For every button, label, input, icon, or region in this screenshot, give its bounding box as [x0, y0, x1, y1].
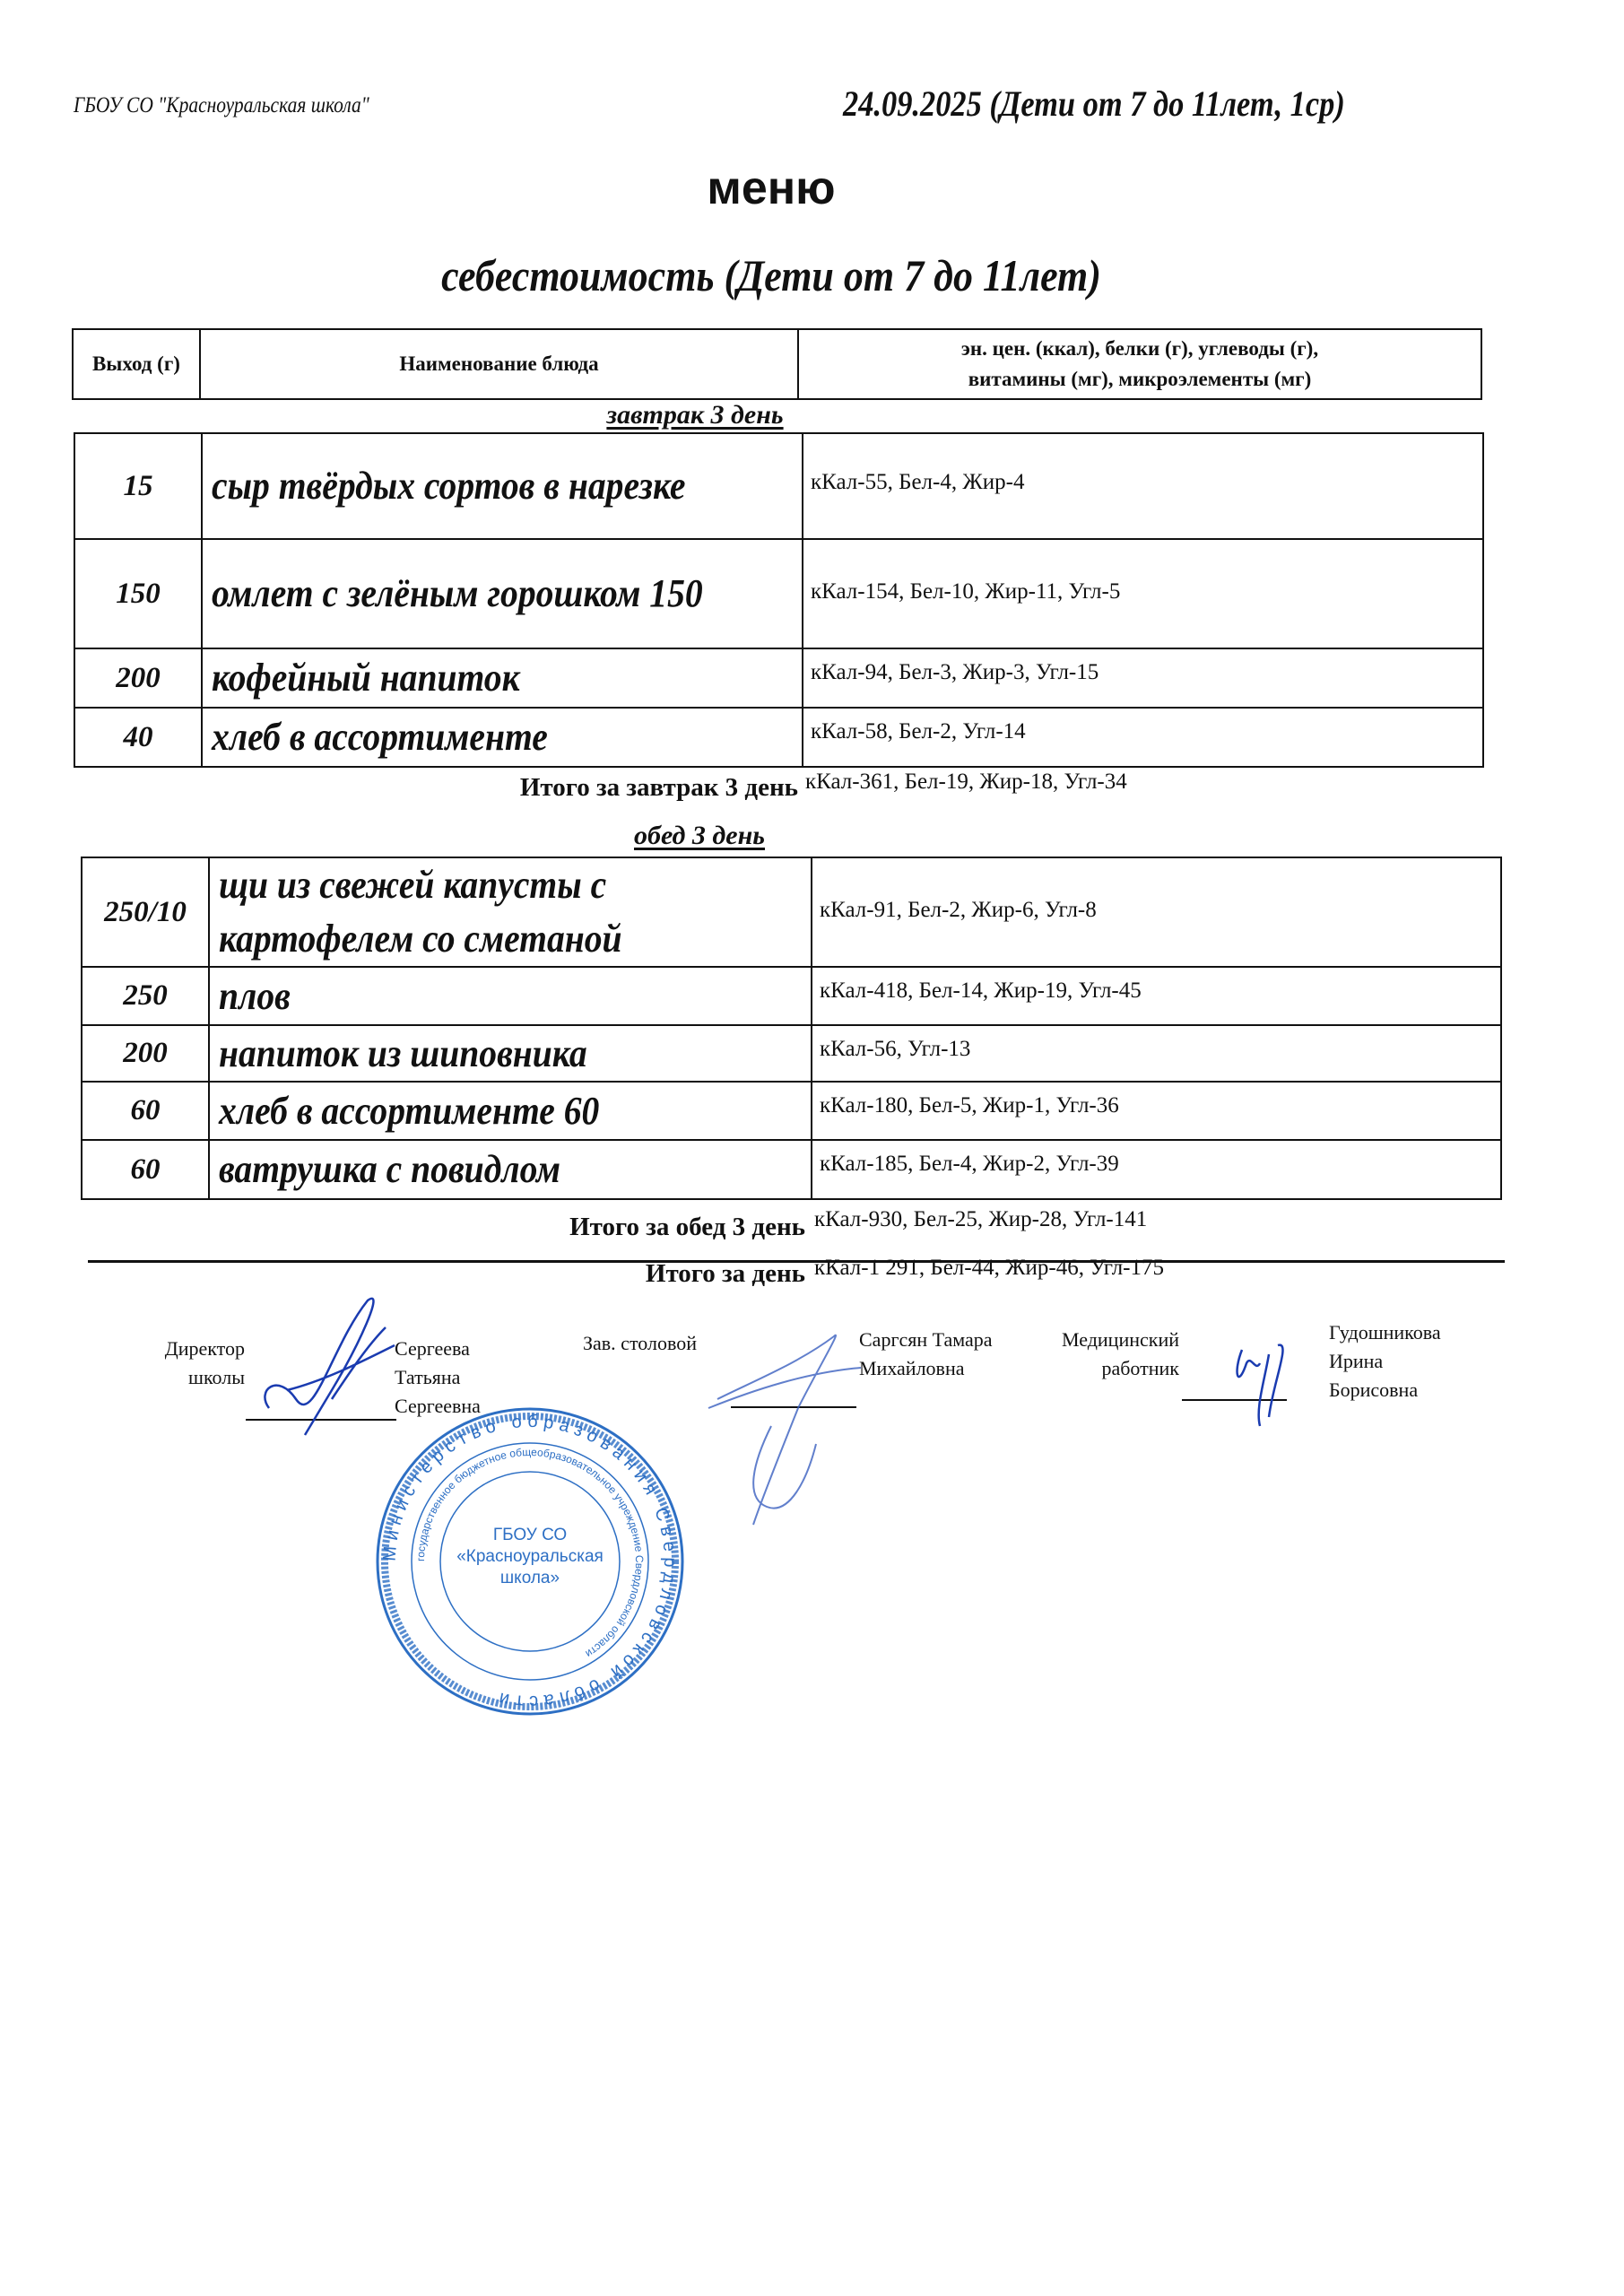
medic-name-line-1: Гудошникова [1329, 1318, 1441, 1347]
qty-cell: 60 [82, 1082, 209, 1140]
lunch-total-label: Итого за обед 3 день [0, 1213, 805, 1242]
medic-name-line-3: Борисовна [1329, 1376, 1441, 1405]
column-header-table: Выход (г) Наименование блюда эн. цен. (к… [72, 328, 1482, 400]
canteen-name: Саргсян Тамара Михайловна [859, 1326, 993, 1383]
director-role: Директор школы [151, 1335, 245, 1392]
canteen-signature-icon [682, 1318, 861, 1534]
dish-cell: омлет с зелёным горошком 150 [202, 539, 803, 648]
breakfast-section-title: завтрак 3 день [0, 400, 1390, 430]
organization-name: ГБОУ СО "Красноуральская школа" [74, 93, 369, 118]
day-total-label: Итого за день [0, 1259, 805, 1289]
medic-name: Гудошникова Ирина Борисовна [1329, 1318, 1441, 1405]
qty-cell: 250/10 [82, 857, 209, 967]
qty-cell: 200 [82, 1025, 209, 1082]
nutrition-cell: кКал-154, Бел-10, Жир-11, Угл-5 [803, 539, 1483, 648]
dish-cell: напиток из шиповника [209, 1025, 812, 1082]
column-nutrition: эн. цен. (ккал), белки (г), углеводы (г)… [798, 329, 1481, 399]
medic-signature-icon [1229, 1336, 1300, 1435]
medic-role-line-2: работник [1031, 1354, 1179, 1383]
director-role-line-1: Директор [151, 1335, 245, 1363]
day-total-value: кКал-1 291, Бел-44, Жир-46, Угл-175 [814, 1256, 1164, 1281]
page-title: меню [0, 161, 1542, 215]
medic-role: Медицинский работник [1031, 1326, 1179, 1383]
nutrition-cell: кКал-94, Бел-3, Жир-3, Угл-15 [803, 648, 1483, 708]
page-subtitle: себестоимость (Дети от 7 до 11лет) [92, 249, 1450, 301]
official-stamp: Министерство образования Свердловской об… [375, 1406, 685, 1717]
table-row: 40 хлеб в ассортименте кКал-58, Бел-2, У… [74, 708, 1483, 767]
nutrition-cell: кКал-185, Бел-4, Жир-2, Угл-39 [812, 1140, 1501, 1199]
nutrition-cell: кКал-55, Бел-4, Жир-4 [803, 433, 1483, 539]
qty-cell: 60 [82, 1140, 209, 1199]
qty-cell: 200 [74, 648, 202, 708]
nutrition-cell: кКал-418, Бел-14, Жир-19, Угл-45 [812, 967, 1501, 1025]
dish-cell: ватрушка с повидлом [209, 1140, 812, 1199]
table-row: 250/10 щи из свежей капусты с картофелем… [82, 857, 1501, 967]
dish-cell: хлеб в ассортименте 60 [209, 1082, 812, 1140]
dish-cell: хлеб в ассортименте [202, 708, 803, 767]
stamp-line-3: школа» [375, 1568, 685, 1589]
dish-cell: плов [209, 967, 812, 1025]
dish-cell: сыр твёрдых сортов в нарезке [202, 433, 803, 539]
qty-cell: 40 [74, 708, 202, 767]
nutrition-cell: кКал-180, Бел-5, Жир-1, Угл-36 [812, 1082, 1501, 1140]
nutrition-header-line-1: эн. цен. (ккал), белки (г), углеводы (г)… [799, 334, 1481, 364]
breakfast-table: 15 сыр твёрдых сортов в нарезке кКал-55,… [74, 432, 1484, 768]
lunch-table: 250/10 щи из свежей капусты с картофелем… [81, 857, 1502, 1200]
medic-role-line-1: Медицинский [1031, 1326, 1179, 1354]
dish-cell: кофейный напиток [202, 648, 803, 708]
qty-cell: 15 [74, 433, 202, 539]
nutrition-header-line-2: витамины (мг), микроэлементы (мг) [799, 364, 1481, 395]
director-name-line-1: Сергеева [395, 1335, 481, 1363]
stamp-line-2: «Красноуральская [375, 1546, 685, 1568]
table-row: 60 ватрушка с повидлом кКал-185, Бел-4, … [82, 1140, 1501, 1199]
date-group: 24.09.2025 (Дети от 7 до 11лет, 1ср) [843, 83, 1345, 125]
canteen-name-line-2: Михайловна [859, 1354, 993, 1383]
dish-cell: щи из свежей капусты с картофелем со сме… [209, 857, 812, 967]
nutrition-cell: кКал-56, Угл-13 [812, 1025, 1501, 1082]
canteen-role: Зав. столовой [583, 1329, 697, 1358]
medic-name-line-2: Ирина [1329, 1347, 1441, 1376]
breakfast-total-value: кКал-361, Бел-19, Жир-18, Угл-34 [805, 770, 1127, 795]
nutrition-cell: кКал-58, Бел-2, Угл-14 [803, 708, 1483, 767]
table-row: 200 кофейный напиток кКал-94, Бел-3, Жир… [74, 648, 1483, 708]
nutrition-cell: кКал-91, Бел-2, Жир-6, Угл-8 [812, 857, 1501, 967]
column-dish: Наименование блюда [200, 329, 798, 399]
stamp-center-text: ГБОУ СО «Красноуральская школа» [375, 1525, 685, 1589]
table-row: 250 плов кКал-418, Бел-14, Жир-19, Угл-4… [82, 967, 1501, 1025]
breakfast-total-label: Итого за завтрак 3 день [0, 773, 798, 803]
table-row: 15 сыр твёрдых сортов в нарезке кКал-55,… [74, 433, 1483, 539]
table-row: 150 омлет с зелёным горошком 150 кКал-15… [74, 539, 1483, 648]
column-output: Выход (г) [73, 329, 200, 399]
canteen-name-line-1: Саргсян Тамара [859, 1326, 993, 1354]
director-role-line-2: школы [151, 1363, 245, 1392]
qty-cell: 150 [74, 539, 202, 648]
lunch-section-title: обед 3 день [0, 821, 1399, 851]
table-row: 60 хлеб в ассортименте 60 кКал-180, Бел-… [82, 1082, 1501, 1140]
lunch-total-value: кКал-930, Бел-25, Жир-28, Угл-141 [814, 1207, 1147, 1232]
stamp-line-1: ГБОУ СО [375, 1525, 685, 1546]
table-row: 200 напиток из шиповника кКал-56, Угл-13 [82, 1025, 1501, 1082]
director-name-line-2: Татьяна [395, 1363, 481, 1392]
qty-cell: 250 [82, 967, 209, 1025]
